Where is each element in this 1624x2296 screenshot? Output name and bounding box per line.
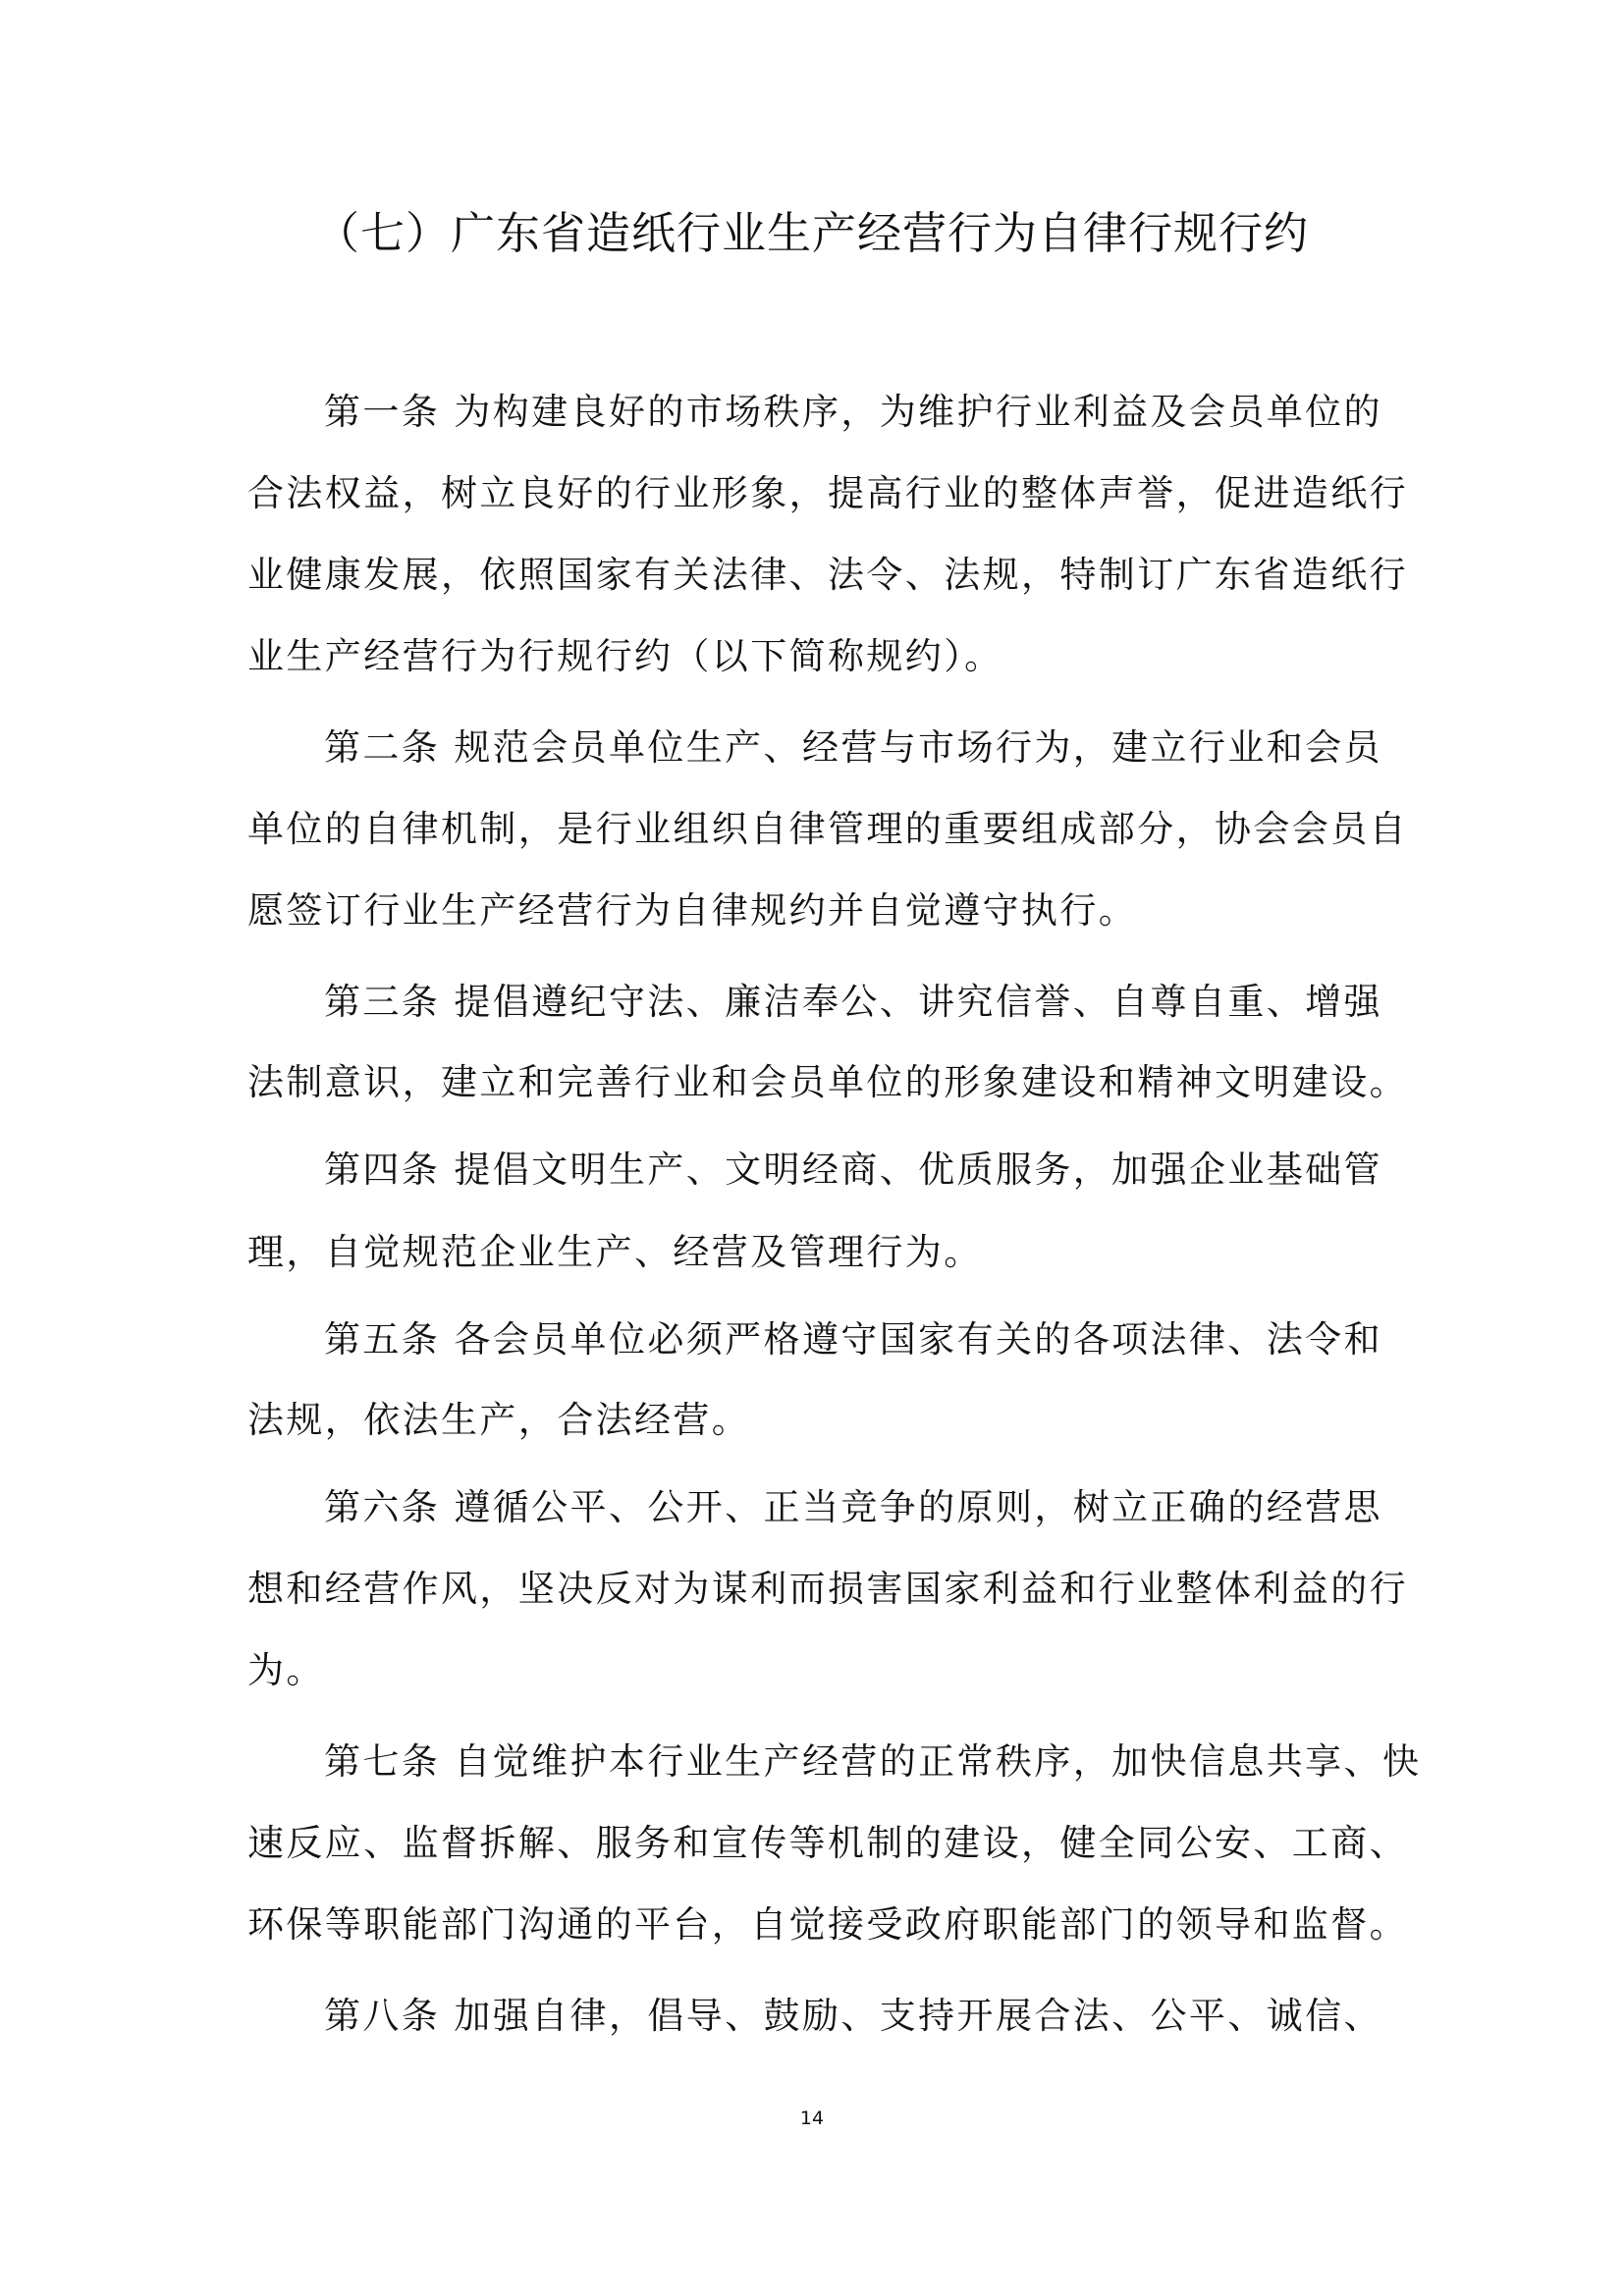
article-line: 法规，依法生产，合法经营。 <box>247 1396 1386 1445</box>
article-line: 为。 <box>247 1646 1386 1695</box>
article-line: 合法权益，树立良好的行业形象，提高行业的整体声誉，促进造纸行 <box>247 469 1386 518</box>
article-line: 第一条 为构建良好的市场秩序，为维护行业利益及会员单位的 <box>324 388 1386 437</box>
article-line: 第五条 各会员单位必须严格遵守国家有关的各项法律、法令和 <box>324 1315 1386 1364</box>
article-line: 第三条 提倡遵纪守法、廉洁奉公、讲究信誉、自尊自重、增强 <box>324 978 1386 1027</box>
article-line: 第八条 加强自律，倡导、鼓励、支持开展合法、公平、诚信、 <box>324 1992 1386 2041</box>
document-page: （七）广东省造纸行业生产经营行为自律行规行约 第一条 为构建良好的市场秩序，为维… <box>0 0 1624 2296</box>
article-line: 第七条 自觉维护本行业生产经营的正常秩序，加快信息共享、快 <box>324 1737 1386 1787</box>
article-line: 愿签订行业生产经营行为自律规约并自觉遵守执行。 <box>247 886 1386 935</box>
article-line: 环保等职能部门沟通的平台，自觉接受政府职能部门的领导和监督。 <box>247 1900 1386 1949</box>
document-title: （七）广东省造纸行业生产经营行为自律行规行约 <box>0 204 1624 263</box>
article-line: 速反应、监督拆解、服务和宣传等机制的建设，健全同公安、工商、 <box>247 1819 1386 1868</box>
article-line: 单位的自律机制，是行业组织自律管理的重要组成部分，协会会员自 <box>247 805 1386 854</box>
article-line: 业健康发展，依照国家有关法律、法令、法规，特制订广东省造纸行 <box>247 551 1386 600</box>
article-line: 第六条 遵循公平、公开、正当竞争的原则，树立正确的经营思 <box>324 1483 1386 1532</box>
article-line: 第四条 提倡文明生产、文明经商、优质服务，加强企业基础管 <box>324 1146 1386 1195</box>
article-line: 理，自觉规范企业生产、经营及管理行为。 <box>247 1228 1386 1277</box>
article-line: 想和经营作风，坚决反对为谋利而损害国家利益和行业整体利益的行 <box>247 1565 1386 1614</box>
page-number: 14 <box>0 2107 1624 2130</box>
article-line: 法制意识，建立和完善行业和会员单位的形象建设和精神文明建设。 <box>247 1058 1386 1107</box>
article-line: 第二条 规范会员单位生产、经营与市场行为，建立行业和会员 <box>324 723 1386 773</box>
article-line: 业生产经营行为行规行约（以下简称规约）。 <box>247 632 1386 681</box>
